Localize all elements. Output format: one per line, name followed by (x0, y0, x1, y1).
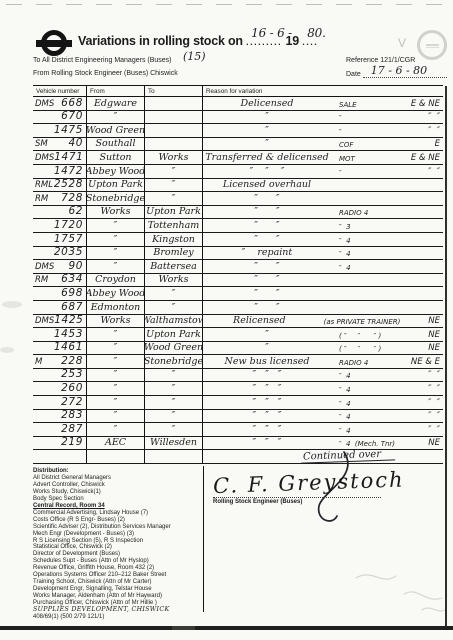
sender-line: From Rolling Stock Engineer (Buses) Chis… (33, 70, 178, 77)
vehicle-number-cell: 260 (33, 382, 87, 395)
vehicle-number-cell: 670 (33, 111, 87, 124)
reason-cell: Licensed overhaul (203, 179, 443, 192)
to-cell: Willesden (145, 437, 203, 450)
reason-cell: ″ ″ ″″ 4″ ″ (203, 410, 443, 423)
from-cell: ″ (87, 423, 145, 436)
table-row: 62WorksUpton Park″ ″RADIO 4 (33, 206, 443, 220)
from-cell: ″ (87, 342, 145, 355)
reason-cell: ″ ″RADIO 4 (203, 206, 443, 219)
reason-text: ″ ″ ″ (203, 383, 331, 394)
vehicle-prefix: SM (35, 139, 48, 149)
reason-text: ″ (203, 329, 331, 340)
vehicle-number: 260 (61, 382, 83, 394)
table-row: 287″″″ ″ ″″ 4″ ″ (33, 423, 443, 437)
distribution-item: Distribution: (33, 468, 203, 475)
to-cell: Bromley (145, 247, 203, 260)
district-status: ″ ″ (395, 126, 443, 136)
handwritten-note-15: (15) (183, 50, 206, 63)
vehicle-number-cell: 1461 (33, 342, 87, 355)
reason-cell: ″( ″ ″ ″ )NE (203, 328, 443, 341)
reason-cell: ″ ″ ″″ 4″ ″ (203, 382, 443, 395)
stamp-inner-marks (426, 44, 439, 48)
london-transport-roundel-icon (36, 30, 72, 57)
vehicle-number-cell: 2035 (33, 247, 87, 260)
reason-code: ( ″ ″ ″ ) (331, 332, 395, 340)
distribution-item: Works Study, Chiswick(1) (33, 489, 203, 496)
reason-text: ″ ″ ″ (203, 397, 331, 408)
table-row: 1453″Upton Park″( ″ ″ ″ )NE (33, 328, 443, 342)
vehicle-number: 1475 (54, 124, 83, 136)
to-cell (145, 138, 203, 151)
vehicle-prefix: RM (35, 194, 48, 204)
table-row: 1757″Kingston″ ″″ 4 (33, 233, 443, 247)
reason-cell: Relicensed(as PRIVATE TRAINER)NE (203, 315, 443, 328)
district-status: ″ ″ (395, 398, 443, 408)
table-row: 698Abbey Wood″″ ″ (33, 287, 443, 301)
reason-text: Transferred & delicensed (203, 152, 331, 163)
to-cell: ″ (145, 369, 203, 382)
distribution-item: Schedules Supt - Buses (Attn of Mr Hyslo… (33, 558, 203, 565)
vehicle-number-cell: 253 (33, 369, 87, 382)
vehicle-number-cell: RM728 (33, 192, 87, 205)
vehicle-number: 728 (61, 192, 83, 204)
signature-title: Rolling Stock Engineer (Buses) (213, 499, 448, 505)
reason-text: ″ ″ (203, 193, 331, 204)
vehicle-prefix: DMS (35, 316, 54, 326)
reason-text: ″ ″ ″ (203, 410, 331, 421)
table-row: 272″″″ ″ ″″ 4″ ″ (33, 396, 443, 410)
reason-text: ″ ″ ″ (203, 166, 331, 177)
from-cell: ″ (87, 355, 145, 368)
from-cell: ″ (87, 260, 145, 273)
vehicle-number-cell: DMS1425 (33, 315, 87, 328)
district-status: NE (395, 330, 443, 340)
reason-text: Relicensed (203, 315, 316, 326)
vehicle-prefix: M (35, 357, 42, 367)
table-row: 219AECWillesden″ ″ ″″ 4 (Mech. Tnr)NE (33, 437, 443, 451)
reason-code: RADIO 4 (331, 209, 395, 217)
reason-code: ″ 4 (331, 386, 395, 394)
to-cell: Walthamstow (145, 315, 203, 328)
reason-cell: New bus licensedRADIO 4NE & E (203, 355, 443, 368)
vehicle-number-cell: RML2528 (33, 179, 87, 192)
reason-code: ″ (331, 169, 395, 177)
distribution-item: Central Record, Room 34 (33, 503, 203, 510)
district-status: NE (395, 438, 443, 448)
reason-code: COF (331, 141, 395, 149)
to-cell (145, 97, 203, 110)
title-text: Variations in rolling stock on (78, 34, 243, 48)
reason-text: ″ ″ (203, 302, 331, 313)
vehicle-number-cell: 62 (33, 206, 87, 219)
to-cell (145, 450, 203, 463)
vehicle-number-cell: 1720 (33, 219, 87, 232)
vehicle-number: 283 (61, 409, 83, 421)
reason-code: ″ 4 (331, 372, 395, 380)
vehicle-number: 634 (61, 273, 83, 285)
distribution-item: Advert Controller, Chiswick (33, 482, 203, 489)
to-cell: ″ (145, 287, 203, 300)
district-status: ″ ″ (395, 425, 443, 435)
reason-cell: ″ ″″ 3 (203, 219, 443, 232)
vehicle-prefix: RM (35, 275, 48, 285)
reason-code: SALE (331, 101, 395, 109)
from-cell: AEC (87, 437, 145, 450)
reason-text: Delicensed (203, 98, 331, 109)
roundel-bar (36, 40, 72, 47)
district-status: ″ ″ (395, 370, 443, 380)
reason-text: ″ (203, 138, 331, 149)
from-cell: Edmonton (87, 301, 145, 314)
from-cell: ″ (87, 396, 145, 409)
footer-divider (203, 466, 204, 612)
reason-text: ″ (203, 125, 331, 136)
from-cell: Abbey Wood (87, 287, 145, 300)
vehicle-prefix: DMS (35, 262, 54, 272)
from-cell: Upton Park (87, 179, 145, 192)
table-row: DMS90″Battersea″ ″″ 4 (33, 260, 443, 274)
from-cell: Southall (87, 138, 145, 151)
handwritten-document-date: 17 - 6 - 80 (371, 64, 427, 77)
to-cell: ″ (145, 192, 203, 205)
reason-cell: ″ ″ (203, 287, 443, 300)
distribution-list: Distribution:All District General Manage… (33, 468, 203, 621)
reason-text: ″ ″ (203, 288, 331, 299)
from-cell: Edgware (87, 97, 145, 110)
column-header-to: To (145, 86, 203, 96)
vehicle-number-cell: DMS90 (33, 260, 87, 273)
distribution-item: Training School, Chiswick (Attn of Mr Ca… (33, 579, 203, 586)
vehicle-number: 2528 (54, 178, 83, 190)
table-row: DMS1471SuttonWorksTransferred & delicens… (33, 151, 443, 165)
vehicle-number: 670 (61, 110, 83, 122)
vehicle-number: 253 (61, 368, 83, 380)
vehicle-number: 1471 (54, 151, 83, 163)
reference-line: Reference 121/1/CGR (346, 57, 415, 64)
vehicle-number: 1757 (54, 233, 83, 245)
vehicle-number-cell: 219 (33, 437, 87, 450)
district-status: NE & E (395, 357, 443, 367)
vehicle-prefix: DMS (35, 153, 54, 163)
reason-text: ″ ″ (203, 274, 331, 285)
table-row: RML2528Upton Park″Licensed overhaul (33, 179, 443, 193)
table-row: 687Edmonton″″ ″ (33, 301, 443, 315)
vehicle-number-cell: 1757 (33, 233, 87, 246)
district-status: NE (400, 316, 443, 326)
reason-code: ″ 4 (331, 237, 395, 245)
document-title: Variations in rolling stock on .........… (78, 34, 318, 48)
distribution-item: Body Spec Section (33, 496, 203, 503)
to-cell: Upton Park (145, 206, 203, 219)
distribution-item: All District General Managers (33, 475, 203, 482)
reason-cell: ″″″ ″ (203, 124, 443, 137)
scan-smudge (2, 301, 22, 308)
date-line: Date 17 - 6 - 80 (346, 69, 447, 78)
reason-cell: ″ ″″ 4 (203, 260, 443, 273)
scanned-document-page: Variations in rolling stock on .........… (0, 0, 453, 640)
reason-code: ″ 4 (331, 427, 395, 435)
recipient-line: To All District Engineering Managers (Bu… (33, 57, 172, 64)
vehicle-number: 2035 (54, 246, 83, 258)
district-status: E & NE (395, 153, 443, 163)
vehicle-number: 62 (68, 205, 83, 217)
from-cell: ″ (87, 111, 145, 124)
reason-cell: ″ repaint″ 4 (203, 247, 443, 260)
district-status: ″ ″ (395, 112, 443, 122)
reason-text: New bus licensed (203, 356, 331, 367)
reason-code: RADIO 4 (331, 359, 395, 367)
vehicle-number: 90 (68, 260, 83, 272)
handwritten-year: 80. (307, 26, 325, 40)
variations-table: Vehicle number From To Reason for variat… (33, 85, 443, 464)
from-cell: Wood Green (87, 124, 145, 137)
to-cell: Upton Park (145, 328, 203, 341)
date-slot: 17 - 6 - 80 (363, 69, 447, 78)
table-header: Vehicle number From To Reason for variat… (33, 86, 443, 97)
vehicle-number-cell: 1475 (33, 124, 87, 137)
title-date-slot: .........16 - 6 - (246, 34, 282, 48)
reason-cell: ″ ″ (203, 192, 443, 205)
from-cell: ″ (87, 233, 145, 246)
reason-cell: ″ ″ ″″ 4″ ″ (203, 423, 443, 436)
to-cell: Works (145, 151, 203, 164)
vehicle-number: 1461 (54, 341, 83, 353)
handwritten-date: 16 - 6 - (251, 26, 292, 40)
vehicle-number-cell: 1453 (33, 328, 87, 341)
vehicle-number-cell: 687 (33, 301, 87, 314)
district-status: E (395, 139, 443, 149)
reason-cell: ″ ″ (203, 301, 443, 314)
reason-code: ( ″ ″ ″ ) (331, 345, 395, 353)
reason-cell: ″ ″ (203, 274, 443, 287)
reason-code: ″ 4 (331, 413, 395, 421)
scan-top-edge (6, 4, 449, 5)
reason-code: ″ 3 (331, 223, 395, 231)
reason-code: (as PRIVATE TRAINER) (316, 318, 401, 326)
vehicle-prefix: RML (35, 180, 53, 190)
reason-code: ″ 4 (331, 400, 395, 408)
table-row: 2035″Bromley″ repaint″ 4 (33, 247, 443, 261)
vehicle-number: 228 (61, 355, 83, 367)
distribution-item: Costs Office (R S Engr- Buses) (2) (33, 517, 203, 524)
to-cell: ″ (145, 410, 203, 423)
distribution-item: Scientific Adviser (2), Distribution Ser… (33, 524, 203, 531)
vehicle-number: 1453 (54, 328, 83, 340)
table-row: 283″″″ ″ ″″ 4″ ″ (33, 410, 443, 424)
pencil-scribble (352, 560, 447, 620)
to-cell: ″ (145, 165, 203, 178)
to-cell: ″ (145, 179, 203, 192)
distribution-item: Works Manager, Aldenham (Attn of Mr Hayw… (33, 593, 203, 600)
from-cell: ″ (87, 247, 145, 260)
vehicle-number: 40 (68, 137, 83, 149)
from-cell (87, 450, 145, 463)
vehicle-number-cell: DMS1471 (33, 151, 87, 164)
table-row: M228″StonebridgeNew bus licensedRADIO 4N… (33, 355, 443, 369)
from-cell: ″ (87, 219, 145, 232)
vehicle-number: 668 (61, 97, 83, 109)
column-header-vehicle-number: Vehicle number (33, 86, 87, 96)
table-row: DMS668EdgwareDelicensedSALEE & NE (33, 97, 443, 111)
table-row: DMS1425WorksWalthamstowRelicensed(as PRI… (33, 315, 443, 329)
to-cell: ″ (145, 396, 203, 409)
reason-cell: ″ ″ ″″ 4″ ″ (203, 396, 443, 409)
distribution-item: R S Licensing Section (5), R S Inspectio… (33, 538, 203, 545)
to-cell: Kingston (145, 233, 203, 246)
reason-code: ″ (331, 128, 395, 136)
distribution-item: Supplies Development, Chiswick (33, 607, 203, 614)
distribution-item: Commercial Advertising, Lindsay House (7… (33, 510, 203, 517)
faint-round-stamp-icon (417, 30, 447, 60)
from-cell: Croydon (87, 274, 145, 287)
vehicle-number: 687 (61, 301, 83, 313)
table-row: SM40Southall″COFE (33, 138, 443, 152)
from-cell: Abbey Wood (87, 165, 145, 178)
district-status: E & NE (395, 99, 443, 109)
to-cell: Stonebridge (145, 355, 203, 368)
from-cell: Sutton (87, 151, 145, 164)
reason-text: ″ ″ (203, 206, 331, 217)
to-cell: Works (145, 274, 203, 287)
reason-cell: ″COFE (203, 138, 443, 151)
district-status: ″ ″ (395, 411, 443, 421)
vehicle-number: 272 (61, 396, 83, 408)
table-row: RM634CroydonWorks″ ″ (33, 274, 443, 288)
vehicle-number-cell: RM634 (33, 274, 87, 287)
from-cell: Works (87, 315, 145, 328)
vehicle-number: 1720 (54, 219, 83, 231)
from-cell: ″ (87, 382, 145, 395)
reason-cell: DelicensedSALEE & NE (203, 97, 443, 110)
table-row: 1461″Wood Green″( ″ ″ ″ )NE (33, 342, 443, 356)
reason-text: Licensed overhaul (203, 179, 331, 190)
table-row: Continued over (33, 450, 443, 464)
reason-text: ″ ″ (203, 220, 331, 231)
to-cell: ″ (145, 301, 203, 314)
reason-code: ″ 4 (331, 264, 395, 272)
vehicle-number-cell: 698 (33, 287, 87, 300)
reason-cell: ″( ″ ″ ″ )NE (203, 342, 443, 355)
to-cell: ″ (145, 382, 203, 395)
vehicle-number: 698 (61, 287, 83, 299)
table-row: 260″″″ ″ ″″ 4″ ″ (33, 382, 443, 396)
reason-text: ″ ″ ″ (203, 369, 331, 380)
column-header-from: From (87, 86, 145, 96)
from-cell: Stonebridge (87, 192, 145, 205)
reason-cell: ″ ″ ″″ 4″ ″ (203, 369, 443, 382)
reason-text: ″ ″ (203, 234, 331, 245)
vehicle-number-cell: M228 (33, 355, 87, 368)
vehicle-number-cell: 1472 (33, 165, 87, 178)
title-year-slot: ....80. (302, 34, 318, 48)
reason-cell: ″ ″ ″″″ ″ (203, 165, 443, 178)
table-body: DMS668EdgwareDelicensedSALEE & NE670″″″″… (33, 97, 443, 464)
table-row: 253″″″ ″ ″″ 4″ ″ (33, 369, 443, 383)
vehicle-number-cell: 287 (33, 423, 87, 436)
vehicle-number-cell: SM40 (33, 138, 87, 151)
vehicle-number-cell: 272 (33, 396, 87, 409)
distribution-item: Development Engr, Signalling, Telstar Ho… (33, 586, 203, 593)
vehicle-number-cell (33, 450, 87, 463)
reason-cell: ″″″ ″ (203, 111, 443, 124)
to-cell: ″ (145, 423, 203, 436)
from-cell: ″ (87, 369, 145, 382)
vehicle-number-cell: 283 (33, 410, 87, 423)
reason-text: ″ ″ ″ (203, 424, 331, 435)
distribution-item: Mech Engr (Development - Buses) (3) (33, 531, 203, 538)
vehicle-prefix: DMS (35, 99, 54, 109)
scan-bottom-edge (0, 626, 453, 630)
column-header-reason: Reason for variation (203, 86, 443, 96)
signature-block: C. F. Greystoch Rolling Stock Engineer (… (213, 470, 448, 505)
district-status: ″ ″ (395, 167, 443, 177)
table-row: 1720″Tottenham″ ″″ 3 (33, 219, 443, 233)
to-cell (145, 124, 203, 137)
vehicle-number: 1425 (54, 314, 83, 326)
to-cell: Battersea (145, 260, 203, 273)
distribution-item: Director of Development (Buses) (33, 551, 203, 558)
from-cell: ″ (87, 410, 145, 423)
reason-text: ″ ″ ″ (203, 437, 331, 448)
reason-cell: Transferred & delicensedMOTE & NE (203, 151, 443, 164)
reason-text: ″ (203, 342, 331, 353)
vehicle-number: 219 (61, 436, 83, 448)
district-status: ″ ″ (395, 384, 443, 394)
distribution-item: 408/69(1) (500 2/79 121/1) (33, 614, 203, 621)
from-cell: ″ (87, 328, 145, 341)
scan-smudge (0, 347, 14, 353)
to-cell: Tottenham (145, 219, 203, 232)
distribution-item: Revenue Office, Griffith House, Room 432… (33, 565, 203, 572)
distribution-item: Operations Systems Officer 210–212 Baker… (33, 572, 203, 579)
table-row: 1475Wood Green″″″ ″ (33, 124, 443, 138)
table-row: RM728Stonebridge″″ ″ (33, 192, 443, 206)
reason-code: ″ (331, 114, 395, 122)
distribution-item: Statistical Office, Chiswick (2) (33, 544, 203, 551)
reason-text: ″ (203, 111, 331, 122)
vehicle-number: 1472 (54, 165, 83, 177)
reason-cell: ″ ″″ 4 (203, 233, 443, 246)
faint-v-mark: V (398, 36, 406, 50)
from-cell: Works (87, 206, 145, 219)
reason-text: ″ ″ (203, 261, 331, 272)
handwritten-signature: C. F. Greystoch (213, 466, 449, 498)
reason-text: ″ repaint (203, 247, 331, 258)
table-row: 1472Abbey Wood″″ ″ ″″″ ″ (33, 165, 443, 179)
district-status: NE (395, 343, 443, 353)
to-cell (145, 111, 203, 124)
table-row: 670″″″″ ″ (33, 111, 443, 125)
reason-code: ″ 4 (331, 250, 395, 258)
scan-right-edge (445, 86, 447, 627)
date-label: Date (346, 71, 361, 78)
reason-code: MOT (331, 155, 395, 163)
vehicle-number-cell: DMS668 (33, 97, 87, 110)
vehicle-number: 287 (61, 423, 83, 435)
to-cell: Wood Green (145, 342, 203, 355)
